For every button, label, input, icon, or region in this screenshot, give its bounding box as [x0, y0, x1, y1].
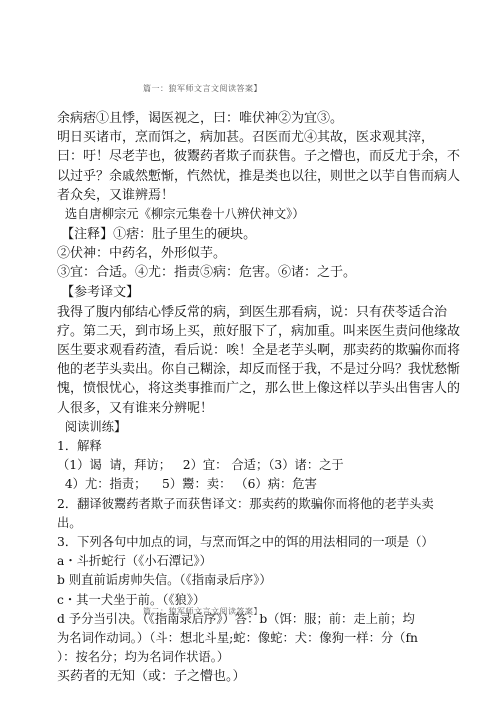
exercise-line: 1．解释: [57, 437, 102, 456]
exercise-line: 2．翻译彼鬻药者欺子而获售译文：那卖药的欺骗你而将他的老芋头卖: [57, 495, 434, 514]
text-line: 曰：吁！尽老芋也，彼鬻药者欺子而获售。子之懵也，而反尤于余，不: [57, 147, 460, 166]
exercise-line: ）：按名分；均为名词作状语。）: [57, 648, 229, 667]
translation-heading: 【参考译文】: [57, 283, 139, 302]
text-line: 者众矣，又谁辨焉！: [57, 186, 174, 205]
notes-line: ②伏神：中药名，外形似芋。: [57, 244, 226, 263]
translation-line: 愧，愤恨忧心，将这类事推而广之，那么世上像这样以芋头出售害人的: [57, 379, 460, 398]
translation-line: 他的老芋头卖出。你自己糊涂，却反而怪于我，不是过分吗？我忧愁惭: [57, 360, 460, 379]
exercises-heading: 阅读训练】: [57, 418, 126, 437]
exercise-line: （1）谒 请，拜访； 2）宜： 合适；（3）诸：之于: [57, 456, 344, 475]
section-header-1: 篇一：狼军师文言文阅读答案】: [143, 83, 262, 94]
exercise-line: 3．下列各句中加点的词，与烹而饵之中的饵的用法相同的一项是（）: [57, 533, 434, 552]
exercise-line: a・斗折蛇行（《小石潭记》）: [57, 552, 212, 571]
translation-line: 我得了腹内郁结心悸反常的病，到医生那看病，说：只有茯苓适合治: [57, 303, 447, 322]
translation-line: 疗。第二天，到市场上买，煎好服下了，病加重。叫来医生责问他缘故: [57, 322, 460, 341]
exercise-line: 买药者的无知（或：子之懵也。）: [57, 667, 246, 686]
section-header-2: 篇二：狼军师文言文阅读答案】: [143, 606, 262, 617]
notes-line: ③宜：合适。④尤：指责⑤病：危害。⑥诸：之于。: [57, 263, 356, 282]
translation-line: 医生要求观看药渣，看后说：唉！全是老芋头啊，那卖药的欺骗你而将: [57, 341, 460, 360]
text-line: 余病痞①且悸，谒医视之，曰：唯伏神②为宜③。: [57, 109, 343, 128]
text-line: 明日买诸市，烹而饵之，病加甚。召医而尤④其故，医求观其滓，: [57, 128, 434, 147]
exercise-line: 出。: [57, 514, 82, 533]
exercise-line: b 则直前诟虏帅失信。（《指南录后序》）: [57, 571, 272, 590]
exercise-line: 为名词作动词。）（斗：想北斗星;蛇：像蛇：犬：像狗一样：分（fn: [57, 629, 418, 648]
text-line: 以过乎？余戚然慙惭，忾然忧，推是类也以往，则世之以芋自售而病人: [57, 167, 460, 186]
exercise-line: 4）尤：指责； 5）鬻：卖： （6）病：危害: [57, 475, 317, 494]
source-citation: 选自唐柳宗元《柳宗元集卷十八辨伏神文》）: [57, 205, 305, 224]
notes-line: 【注释】①痞：肚子里生的硬块。: [57, 225, 256, 244]
translation-line: 人很多，又有谁来分辨呢！: [57, 399, 213, 418]
